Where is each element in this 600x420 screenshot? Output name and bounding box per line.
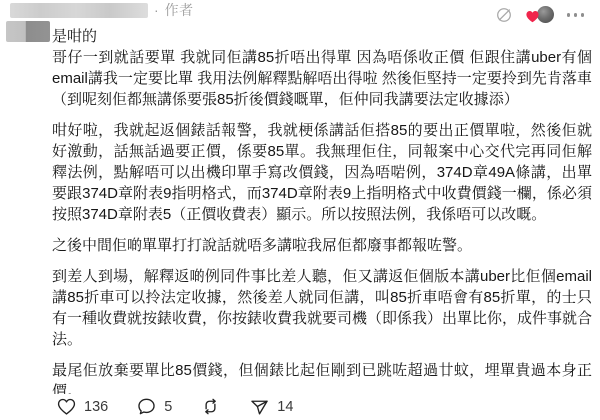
like-button[interactable]: 136: [56, 396, 108, 417]
heart-icon: [56, 396, 77, 417]
comment-paragraph: 之後中間佢啲單單打打說話就唔多講啦我屌佢都廢事都報咗警。: [52, 235, 592, 256]
share-count: 14: [277, 399, 293, 415]
comment-paragraph: 咁好啦，我就起返個錶話報警，我就梗係講話佢搭85的要出正價單啦，然後佢就好激動，…: [52, 120, 592, 225]
comment-button[interactable]: 5: [136, 396, 172, 417]
repost-icon: [200, 396, 221, 417]
action-bar: 136 5 14: [56, 396, 293, 417]
header-actions: [495, 5, 585, 25]
comment-paragraph: 到差人到場，解釋返啲例同件事比差人聽，佢又講返佢個版本講uber比佢個email…: [52, 266, 592, 350]
more-options-button[interactable]: [567, 9, 585, 21]
heart-reaction-icon: [525, 9, 540, 23]
like-count: 136: [84, 399, 108, 415]
share-button[interactable]: 14: [249, 396, 293, 417]
comment-count: 5: [164, 399, 172, 415]
liked-by-indicator[interactable]: [525, 5, 555, 25]
author-badge: 作者: [165, 3, 194, 18]
avatar-redacted[interactable]: [6, 21, 50, 42]
comment-paragraph: 最尾佢放棄要單比85價錢，但個錶比起佢剛到已跳咗超過廿蚊，埋單貴過本身正價。: [52, 360, 592, 394]
paper-plane-icon: [249, 396, 270, 417]
username-redacted[interactable]: [10, 3, 148, 18]
comment-paragraph: 哥仔一到就話要單 我就同佢講85折唔出得單 因為唔係收正價 佢跟住講uber有個…: [52, 47, 592, 110]
comment-body: 是咁的 哥仔一到就話要單 我就同佢講85折唔出得單 因為唔係收正價 佢跟住講ub…: [52, 26, 592, 394]
speech-bubble-icon: [136, 396, 157, 417]
author-separator: ·: [154, 3, 159, 18]
circle-slash-icon: [495, 6, 513, 24]
repost-button[interactable]: [200, 396, 221, 417]
comment-paragraph: 是咁的: [52, 26, 592, 47]
comment-card: · 作者 是咁的 哥仔一到就話要單 我就同佢講85折唔出得單 因為唔係收正價 佢…: [0, 0, 600, 420]
comment-header: · 作者: [10, 3, 194, 18]
